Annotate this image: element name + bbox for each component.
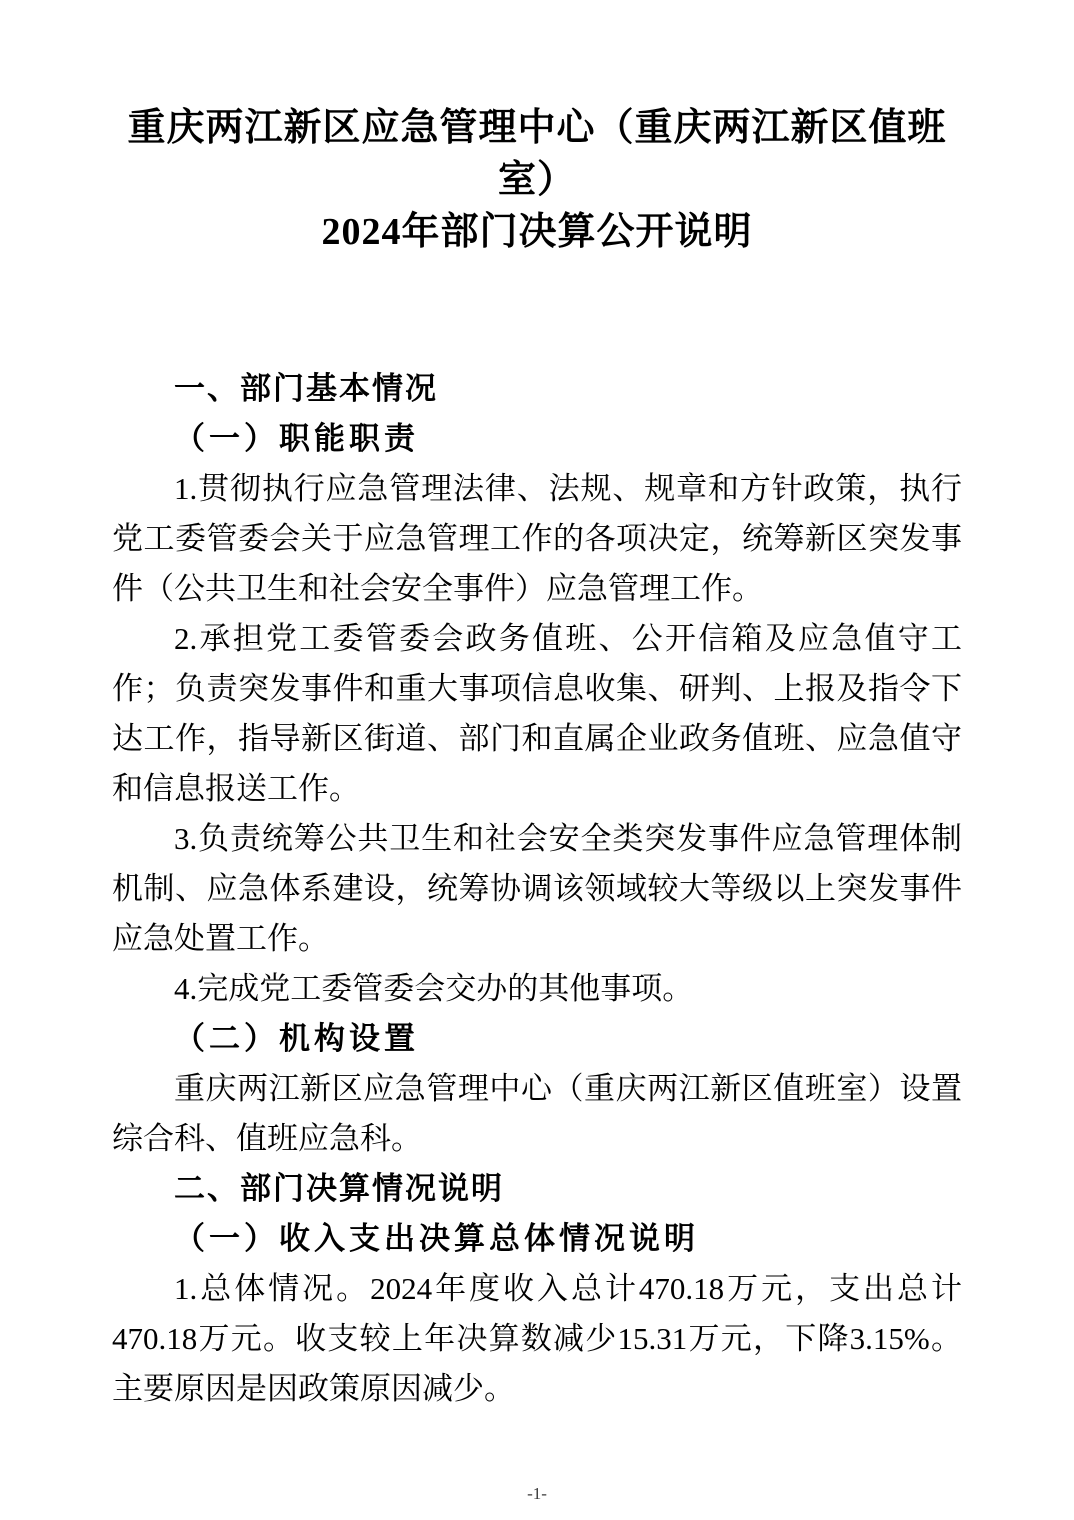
subsection-heading-1-2: （二）机构设置	[112, 1014, 962, 1064]
paragraph-duty-3: 3.负责统筹公共卫生和社会安全类突发事件应急管理体制机制、应急体系建设，统筹协调…	[112, 814, 962, 964]
paragraph-org-setup: 重庆两江新区应急管理中心（重庆两江新区值班室）设置综合科、值班应急科。	[112, 1064, 962, 1164]
title-line-1: 重庆两江新区应急管理中心（重庆两江新区值班	[100, 102, 974, 154]
paragraph-budget-total: 1.总体情况。2024年度收入总计470.18万元，支出总计470.18万元。收…	[112, 1264, 962, 1414]
document-body: 一、部门基本情况 （一）职能职责 1.贯彻执行应急管理法律、法规、规章和方针政策…	[0, 364, 1074, 1414]
subsection-heading-2-1: （一）收入支出决算总体情况说明	[112, 1214, 962, 1264]
document-page: 重庆两江新区应急管理中心（重庆两江新区值班 室） 2024年部门决算公开说明 一…	[0, 0, 1074, 1520]
page-number: -1-	[0, 1484, 1074, 1504]
document-title: 重庆两江新区应急管理中心（重庆两江新区值班 室） 2024年部门决算公开说明	[0, 102, 1074, 258]
section-heading-2: 二、部门决算情况说明	[112, 1164, 962, 1214]
paragraph-duty-4: 4.完成党工委管委会交办的其他事项。	[112, 964, 962, 1014]
title-line-2: 室）	[100, 154, 974, 206]
section-heading-1: 一、部门基本情况	[112, 364, 962, 414]
paragraph-duty-2: 2.承担党工委管委会政务值班、公开信箱及应急值守工作；负责突发事件和重大事项信息…	[112, 614, 962, 814]
paragraph-duty-1: 1.贯彻执行应急管理法律、法规、规章和方针政策，执行党工委管委会关于应急管理工作…	[112, 464, 962, 614]
subsection-heading-1-1: （一）职能职责	[112, 414, 962, 464]
title-line-3: 2024年部门决算公开说明	[100, 206, 974, 258]
